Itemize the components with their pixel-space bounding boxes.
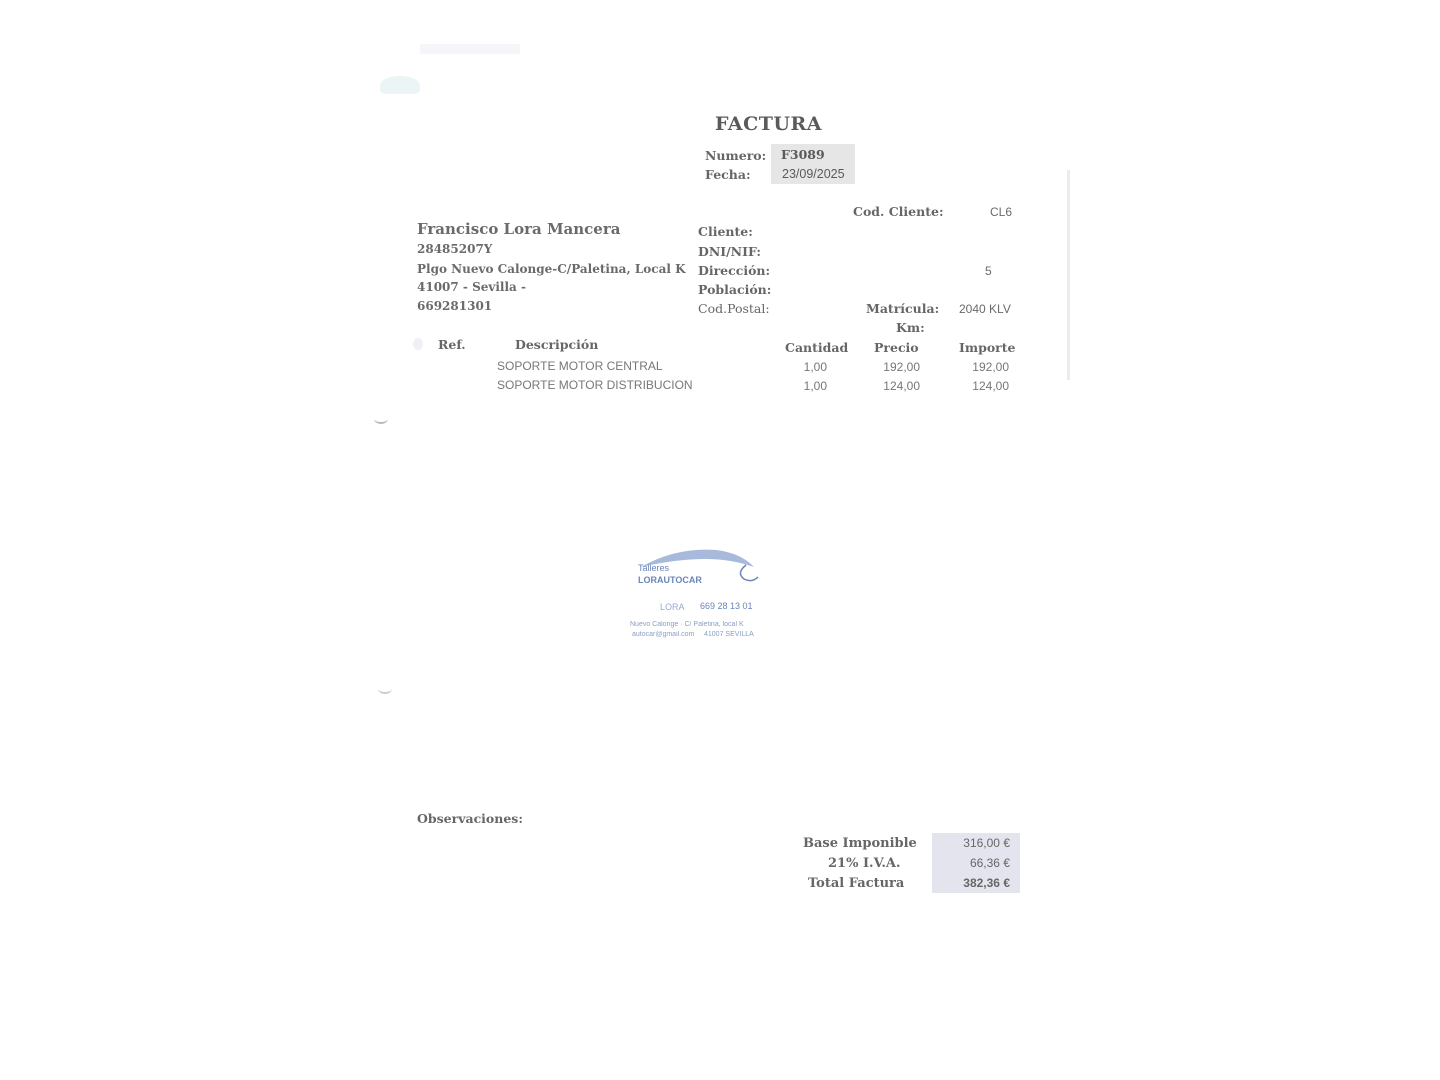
punch-mark — [378, 684, 392, 694]
punch-mark — [374, 414, 388, 424]
issuer-phone: 669281301 — [417, 299, 492, 313]
row-amount: 192,00 — [949, 360, 1009, 374]
row-description: SOPORTE MOTOR DISTRIBUCION — [497, 378, 693, 392]
base-value: 316,00 € — [932, 833, 1020, 853]
client-postal-label: Cod.Postal: — [698, 301, 770, 316]
stamp-city: 41007 SEVILLA — [704, 631, 754, 638]
company-stamp: Talleres LORAUTOCAR LORA 669 28 13 01 Nu… — [622, 545, 782, 645]
row-price: 124,00 — [860, 379, 920, 393]
total-label: Total Factura — [808, 876, 904, 891]
invoice-date-value: 23/09/2025 — [774, 165, 853, 183]
client-city-label: Población: — [698, 282, 771, 297]
row-price: 192,00 — [860, 360, 920, 374]
document-title: FACTURA — [715, 113, 822, 135]
col-header-price: Precio — [874, 340, 919, 355]
vat-label: 21% I.V.A. — [828, 856, 901, 871]
col-header-amount: Importe — [959, 340, 1015, 355]
stamp-line1: Talleres — [638, 563, 669, 573]
client-address-label: Dirección: — [698, 263, 770, 278]
stamp-address: Nuevo Calonge · C/ Paletina, local K — [630, 621, 744, 628]
col-header-quantity: Cantidad — [785, 340, 848, 355]
client-code-label: Cod. Cliente: — [853, 204, 944, 219]
stamp-company: LORAUTOCAR — [638, 575, 702, 585]
issuer-nif: 28485207Y — [417, 242, 492, 256]
client-name-label: Cliente: — [698, 224, 753, 239]
observations-label: Observaciones: — [417, 811, 523, 826]
row-description: SOPORTE MOTOR CENTRAL — [497, 359, 663, 373]
plate-value: 2040 KLV — [959, 302, 1011, 316]
issuer-city: 41007 - Sevilla - — [417, 280, 526, 294]
stamp-email: autocar@gmail.com — [632, 631, 694, 638]
plate-label: Matrícula: — [866, 301, 939, 316]
scan-artifact-dot — [413, 338, 423, 350]
base-label: Base Imponible — [803, 836, 917, 851]
issuer-address: Plgo Nuevo Calonge-C/Paletina, Local K — [417, 262, 686, 276]
scan-artifact-top — [380, 76, 420, 94]
client-code-value: CL6 — [990, 205, 1012, 219]
row-amount: 124,00 — [949, 379, 1009, 393]
invoice-number-value: F3089 — [773, 145, 833, 164]
client-dni-label: DNI/NIF: — [698, 244, 761, 259]
total-value: 382,36 € — [932, 873, 1020, 893]
invoice-number-label: Numero: — [705, 148, 766, 163]
km-label: Km: — [896, 320, 925, 335]
row-quantity: 1,00 — [767, 360, 827, 374]
scan-edge-right — [1067, 170, 1070, 380]
row-quantity: 1,00 — [767, 379, 827, 393]
client-address-value: 5 — [985, 264, 992, 278]
invoice-date-label: Fecha: — [705, 167, 751, 182]
vat-value: 66,36 € — [932, 853, 1020, 873]
scan-artifact-top-text — [420, 44, 520, 54]
col-header-description: Descripción — [515, 337, 598, 352]
col-header-ref: Ref. — [438, 337, 466, 352]
stamp-phone: 669 28 13 01 — [700, 601, 753, 611]
stamp-name: LORA — [660, 602, 685, 612]
issuer-name: Francisco Lora Mancera — [417, 220, 620, 238]
